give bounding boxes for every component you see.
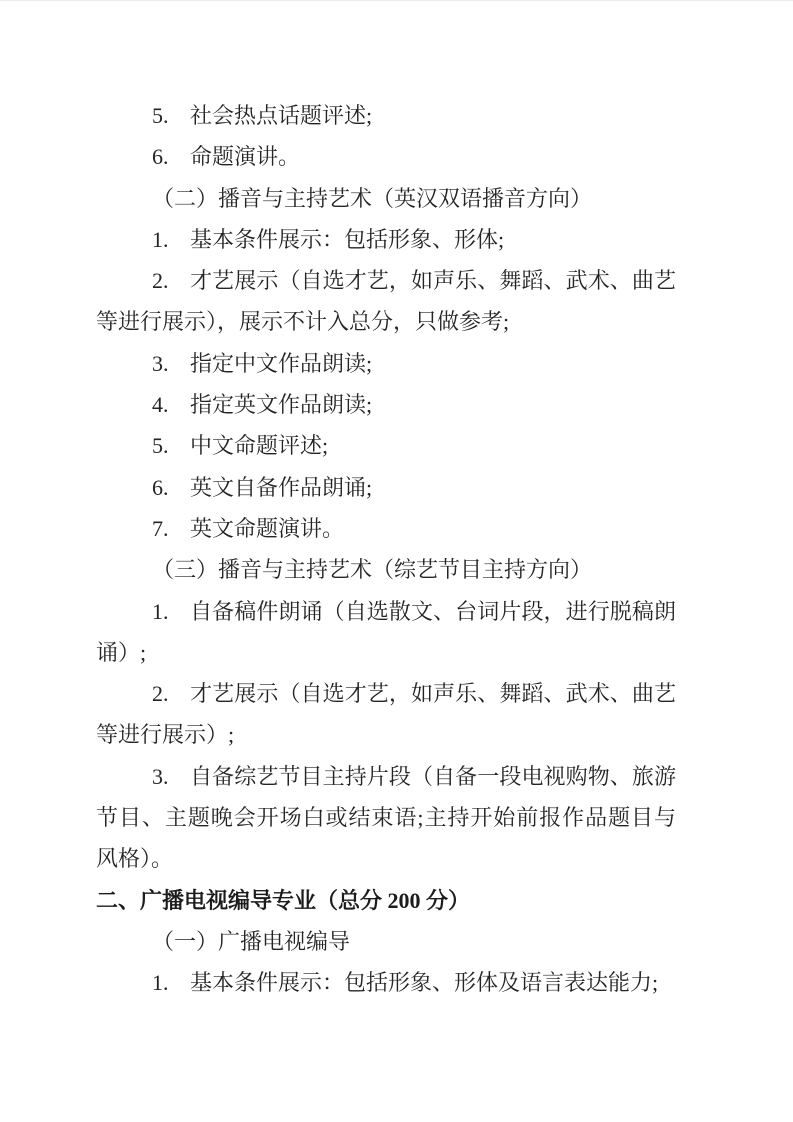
item-text: 才艺展示（自选才艺，如声乐、舞蹈、武术、曲艺 [190,268,676,293]
item-text: 指定中文作品朗读; [190,351,372,376]
item-text: 自备稿件朗诵（自选散文、台词片段，进行脱稿朗 [190,599,676,624]
item-number: 7. [152,508,190,549]
item-text: 社会热点话题评述; [190,103,372,128]
list-item-line: 6.英文自备作品朗诵; [96,467,676,508]
paragraph-continuation-line: 风格）。 [96,838,676,879]
paragraph-continuation-line: 等进行展示），展示不计入总分，只做参考; [96,301,676,342]
list-item-line: 4.指定英文作品朗读; [96,384,676,425]
subsection-heading: （一）广播电视编导 [96,921,676,962]
item-number: 4. [152,384,190,425]
item-number: 3. [152,343,190,384]
list-item-line: 5.中文命题评述; [96,425,676,466]
list-item-line: 1.基本条件展示：包括形象、形体; [96,219,676,260]
paragraph-continuation-line: 节目、主题晚会开场白或结束语;主持开始前报作品题目与 [96,797,676,838]
item-text: 英文命题演讲。 [190,516,344,541]
item-text: 英文自备作品朗诵; [190,475,372,500]
document-page: 5.社会热点话题评述; 6.命题演讲。 （二）播音与主持艺术（英汉双语播音方向）… [96,95,676,1004]
item-number: 1. [152,219,190,260]
list-item-line: 6.命题演讲。 [96,136,676,177]
item-number: 5. [152,425,190,466]
list-item-line: 1.自备稿件朗诵（自选散文、台词片段，进行脱稿朗 [96,591,676,632]
item-number: 1. [152,591,190,632]
list-item-line: 3.指定中文作品朗读; [96,343,676,384]
subsection-heading: （三）播音与主持艺术（综艺节目主持方向） [96,549,676,590]
subsection-heading: （二）播音与主持艺术（英汉双语播音方向） [96,178,676,219]
item-number: 5. [152,95,190,136]
item-text: 指定英文作品朗读; [190,392,372,417]
item-text: 才艺展示（自选才艺，如声乐、舞蹈、武术、曲艺 [190,681,676,706]
item-text: 自备综艺节目主持片段（自备一段电视购物、旅游 [190,764,676,789]
item-text: 基本条件展示：包括形象、形体及语言表达能力; [190,970,658,995]
list-item-line: 3.自备综艺节目主持片段（自备一段电视购物、旅游 [96,756,676,797]
list-item-line: 1.基本条件展示：包括形象、形体及语言表达能力; [96,962,676,1003]
list-item-line: 2.才艺展示（自选才艺，如声乐、舞蹈、武术、曲艺 [96,260,676,301]
item-number: 6. [152,467,190,508]
item-number: 1. [152,962,190,1003]
chapter-heading: 二、广播电视编导专业（总分 200 分） [96,880,676,921]
item-number: 2. [152,673,190,714]
item-number: 2. [152,260,190,301]
item-number: 6. [152,136,190,177]
item-number: 3. [152,756,190,797]
list-item-line: 7.英文命题演讲。 [96,508,676,549]
list-item-line: 5.社会热点话题评述; [96,95,676,136]
page-top-edge [0,0,793,1]
item-text: 基本条件展示：包括形象、形体; [190,227,504,252]
paragraph-continuation-line: 等进行展示）; [96,714,676,755]
list-item-line: 2.才艺展示（自选才艺，如声乐、舞蹈、武术、曲艺 [96,673,676,714]
item-text: 中文命题评述; [190,433,328,458]
item-text: 命题演讲。 [190,144,300,169]
paragraph-continuation-line: 诵）; [96,632,676,673]
